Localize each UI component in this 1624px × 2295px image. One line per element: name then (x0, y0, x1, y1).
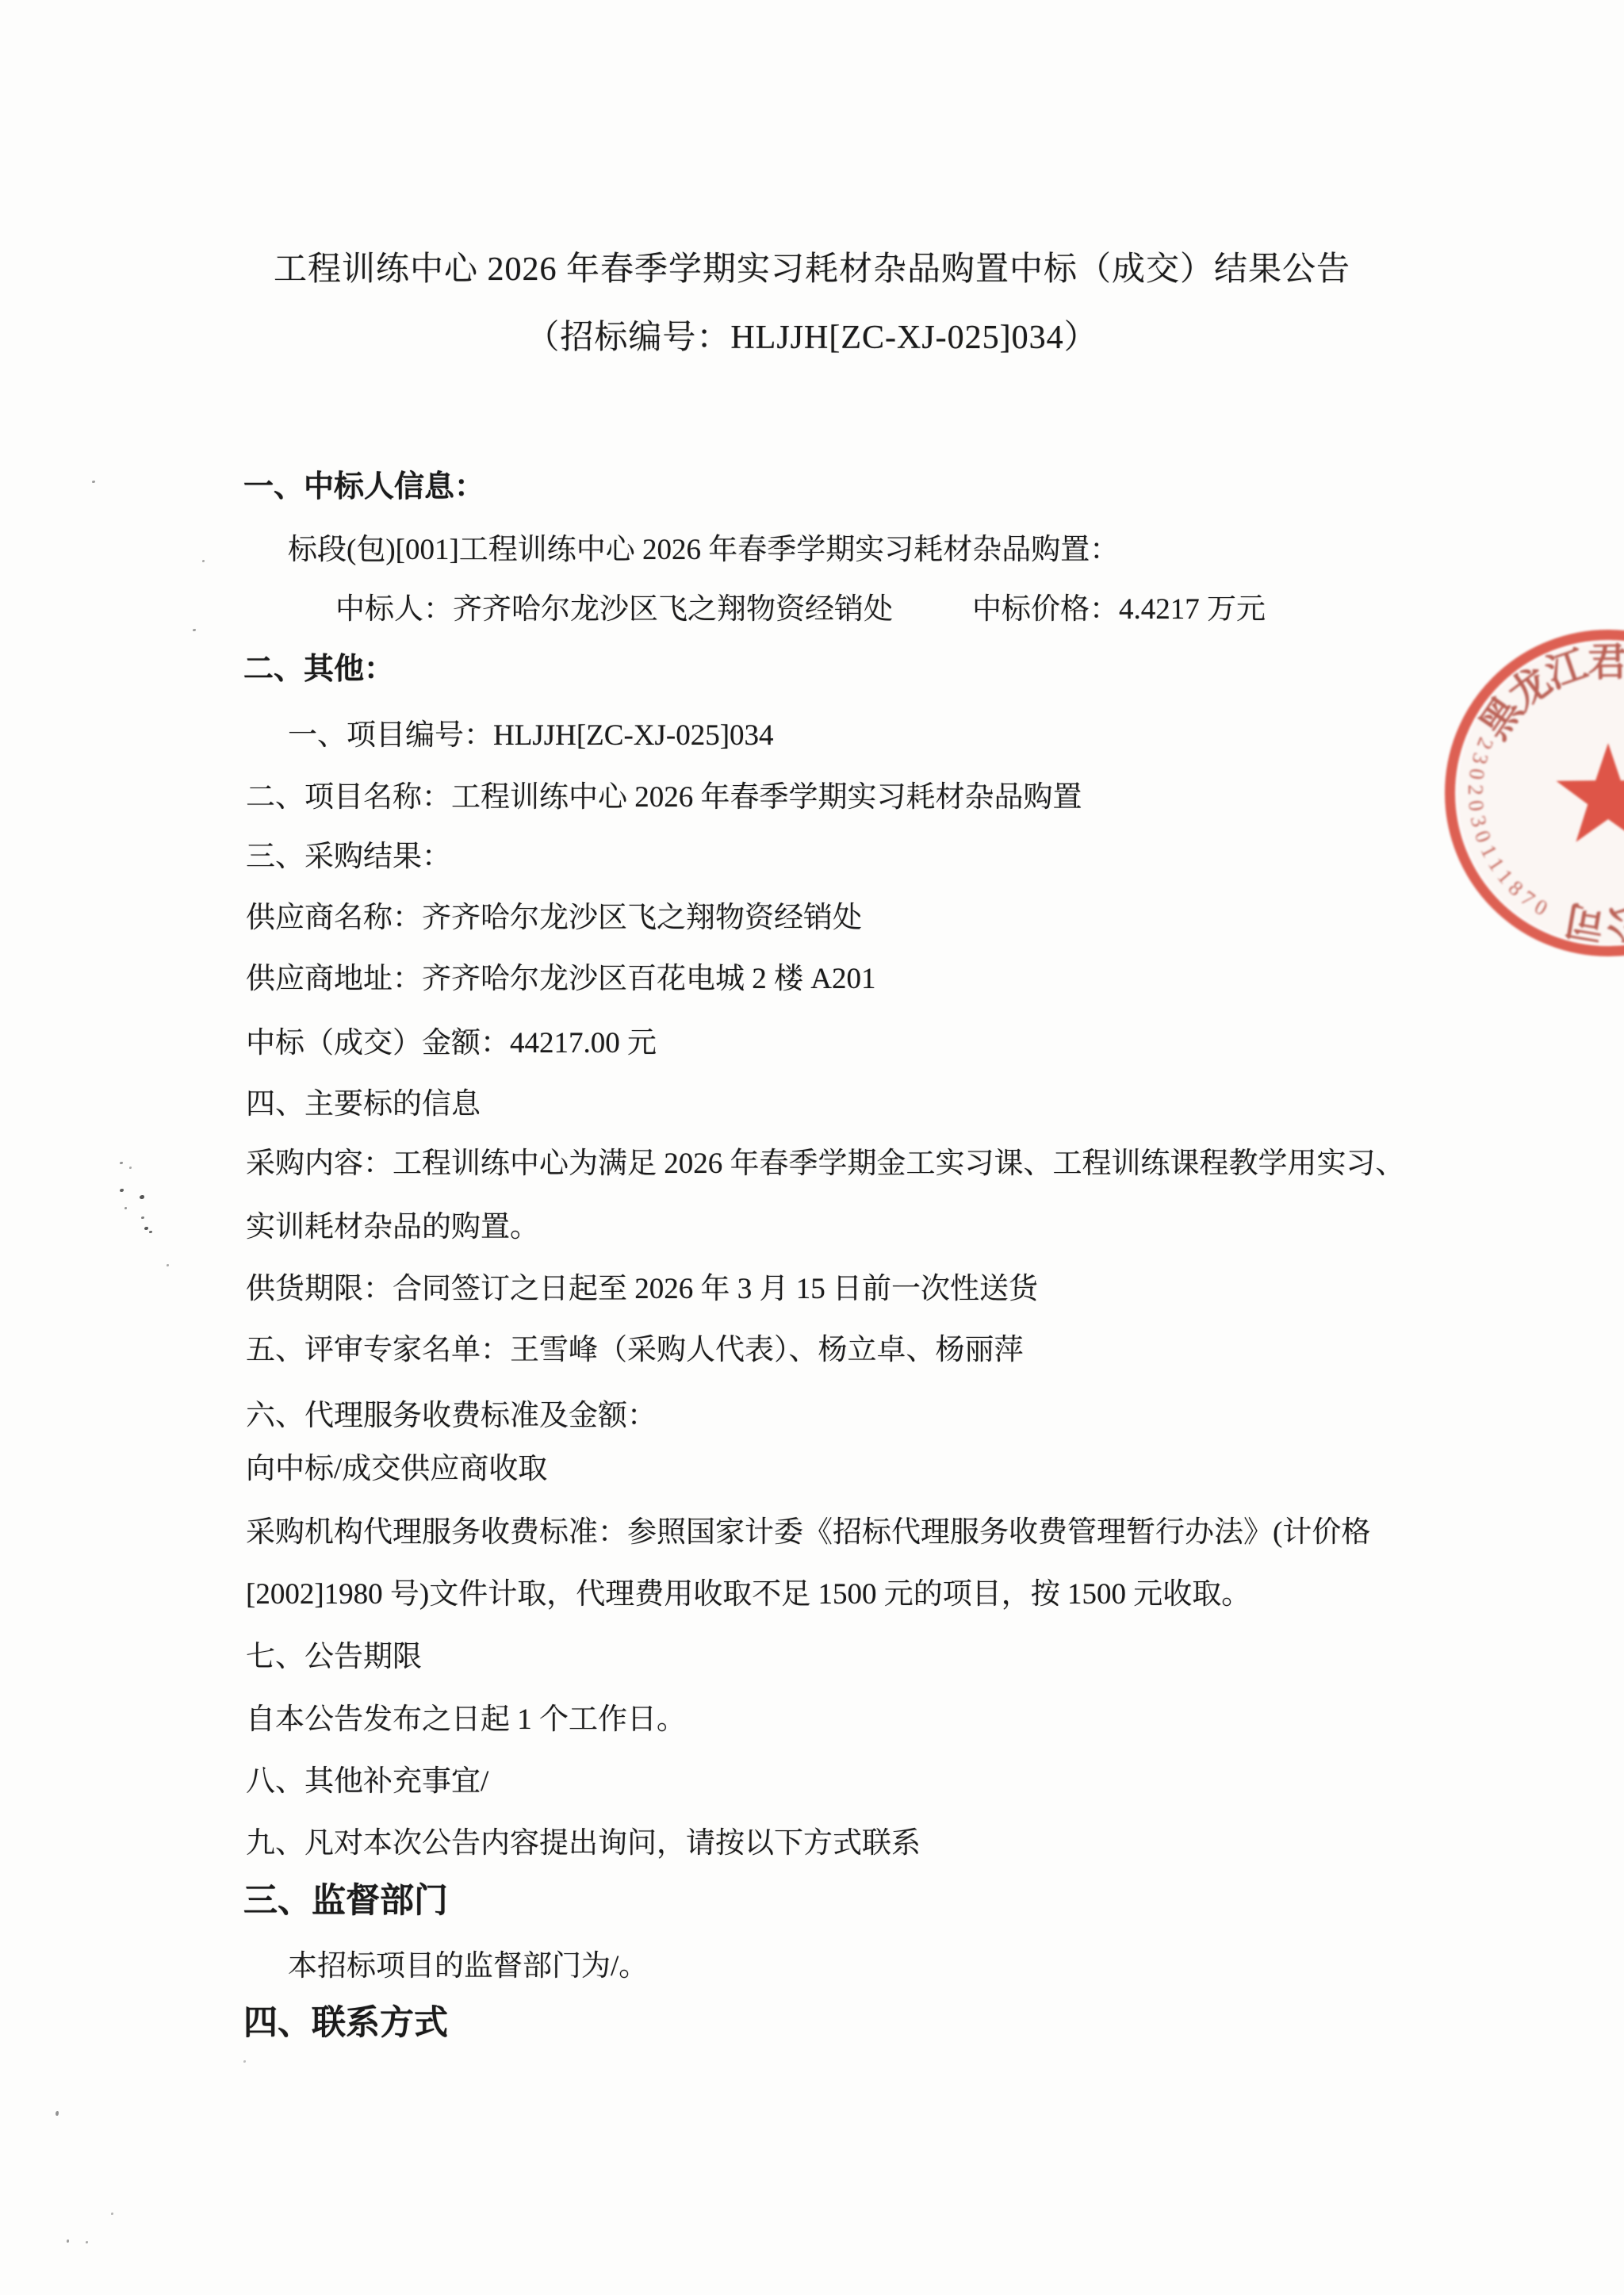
award-amount-line: 中标（成交）金额：44217.00 元 (246, 1026, 657, 1061)
scan-speckle (120, 1162, 123, 1164)
seal-company-suffix-text: 公司 (1564, 897, 1624, 948)
scan-speckle (202, 560, 205, 562)
scan-speckle (56, 2111, 59, 2116)
experts-line: 五、评审专家名单：王雪峰（采购人代表）、杨立卓、杨丽萍 (246, 1333, 1024, 1368)
scan-speckle (144, 1227, 148, 1230)
scan-speckle (120, 1189, 124, 1192)
scan-speckle (92, 481, 95, 483)
content-line-2: 实训耗材杂品的购置。 (246, 1210, 539, 1245)
notice-period-heading: 七、公告期限 (246, 1640, 422, 1675)
lot-line: 标段(包)[001]工程训练中心 2026 年春季学期实习耗材杂品购置： (288, 533, 1119, 568)
notice-period-line: 自本公告发布之日起 1 个工作日。 (246, 1703, 686, 1738)
scan-speckle (167, 1264, 169, 1266)
winner-price: 中标价格：4.4217 万元 (972, 592, 1266, 627)
fee-standard-line-2: [2002]1980 号)文件计取，代理费用收取不足 1500 元的项目，按 1… (246, 1577, 1251, 1612)
winner-name: 中标人：齐齐哈尔龙沙区飞之翔物资经销处 (335, 592, 893, 627)
supplier-address-line: 供应商地址：齐齐哈尔龙沙区百花电城 2 楼 A201 (246, 962, 875, 997)
scan-speckle (243, 2060, 246, 2063)
delivery-term-line: 供货期限：合同签订之日起至 2026 年 3 月 15 日前一次性送货 (246, 1272, 1038, 1307)
scan-speckle (193, 629, 196, 631)
project-number-line: 一、项目编号：HLJJH[ZC-XJ-025]034 (288, 718, 774, 753)
fee-target-line: 向中标/成交供应商收取 (246, 1452, 547, 1487)
agency-fee-heading: 六、代理服务收费标准及金额： (246, 1399, 657, 1434)
official-seal: 黑龙江君 公司 2302030111870 (1402, 587, 1624, 999)
section-other-heading: 二、其他： (243, 652, 394, 687)
content-line-1: 采购内容：工程训练中心为满足 2026 年春季学期金工实习课、工程训练课程教学用… (246, 1147, 1405, 1182)
doc-title: 工程训练中心 2026 年春季学期实习耗材杂品购置中标（成交）结果公告 (274, 252, 1350, 287)
other-matters-line: 八、其他补充事宜/ (246, 1764, 488, 1799)
scan-speckle (140, 1195, 144, 1199)
scan-speckle (124, 1207, 127, 1209)
scan-speckle (111, 2213, 113, 2215)
scan-speckle (129, 1167, 132, 1169)
scanned-document-page: 工程训练中心 2026 年春季学期实习耗材杂品购置中标（成交）结果公告 （招标编… (0, 0, 1624, 2295)
subject-info-line: 四、主要标的信息 (246, 1087, 481, 1122)
scan-speckle (86, 2241, 88, 2243)
project-name-line: 二、项目名称：工程训练中心 2026 年春季学期实习耗材杂品购置 (246, 780, 1082, 815)
supervision-dept-body: 本招标项目的监督部门为/。 (288, 1949, 648, 1984)
supplier-name-line: 供应商名称：齐齐哈尔龙沙区飞之翔物资经销处 (246, 901, 862, 936)
scan-speckle (141, 1216, 144, 1219)
scan-speckle (67, 2239, 69, 2243)
doc-tender-number: （招标编号：HLJJH[ZC-XJ-025]034） (526, 320, 1097, 355)
procurement-result-line: 三、采购结果： (246, 840, 451, 875)
contact-info-heading: 四、联系方式 (243, 2006, 448, 2041)
section-winner-heading: 一、中标人信息： (243, 469, 485, 504)
supervision-dept-heading: 三、监督部门 (243, 1884, 448, 1919)
scan-speckle (149, 1231, 152, 1233)
inquiry-line: 九、凡对本次公告内容提出询问，请按以下方式联系 (246, 1826, 921, 1861)
fee-standard-line-1: 采购机构代理服务收费标准：参照国家计委《招标代理服务收费管理暂行办法》(计价格 (246, 1515, 1370, 1550)
